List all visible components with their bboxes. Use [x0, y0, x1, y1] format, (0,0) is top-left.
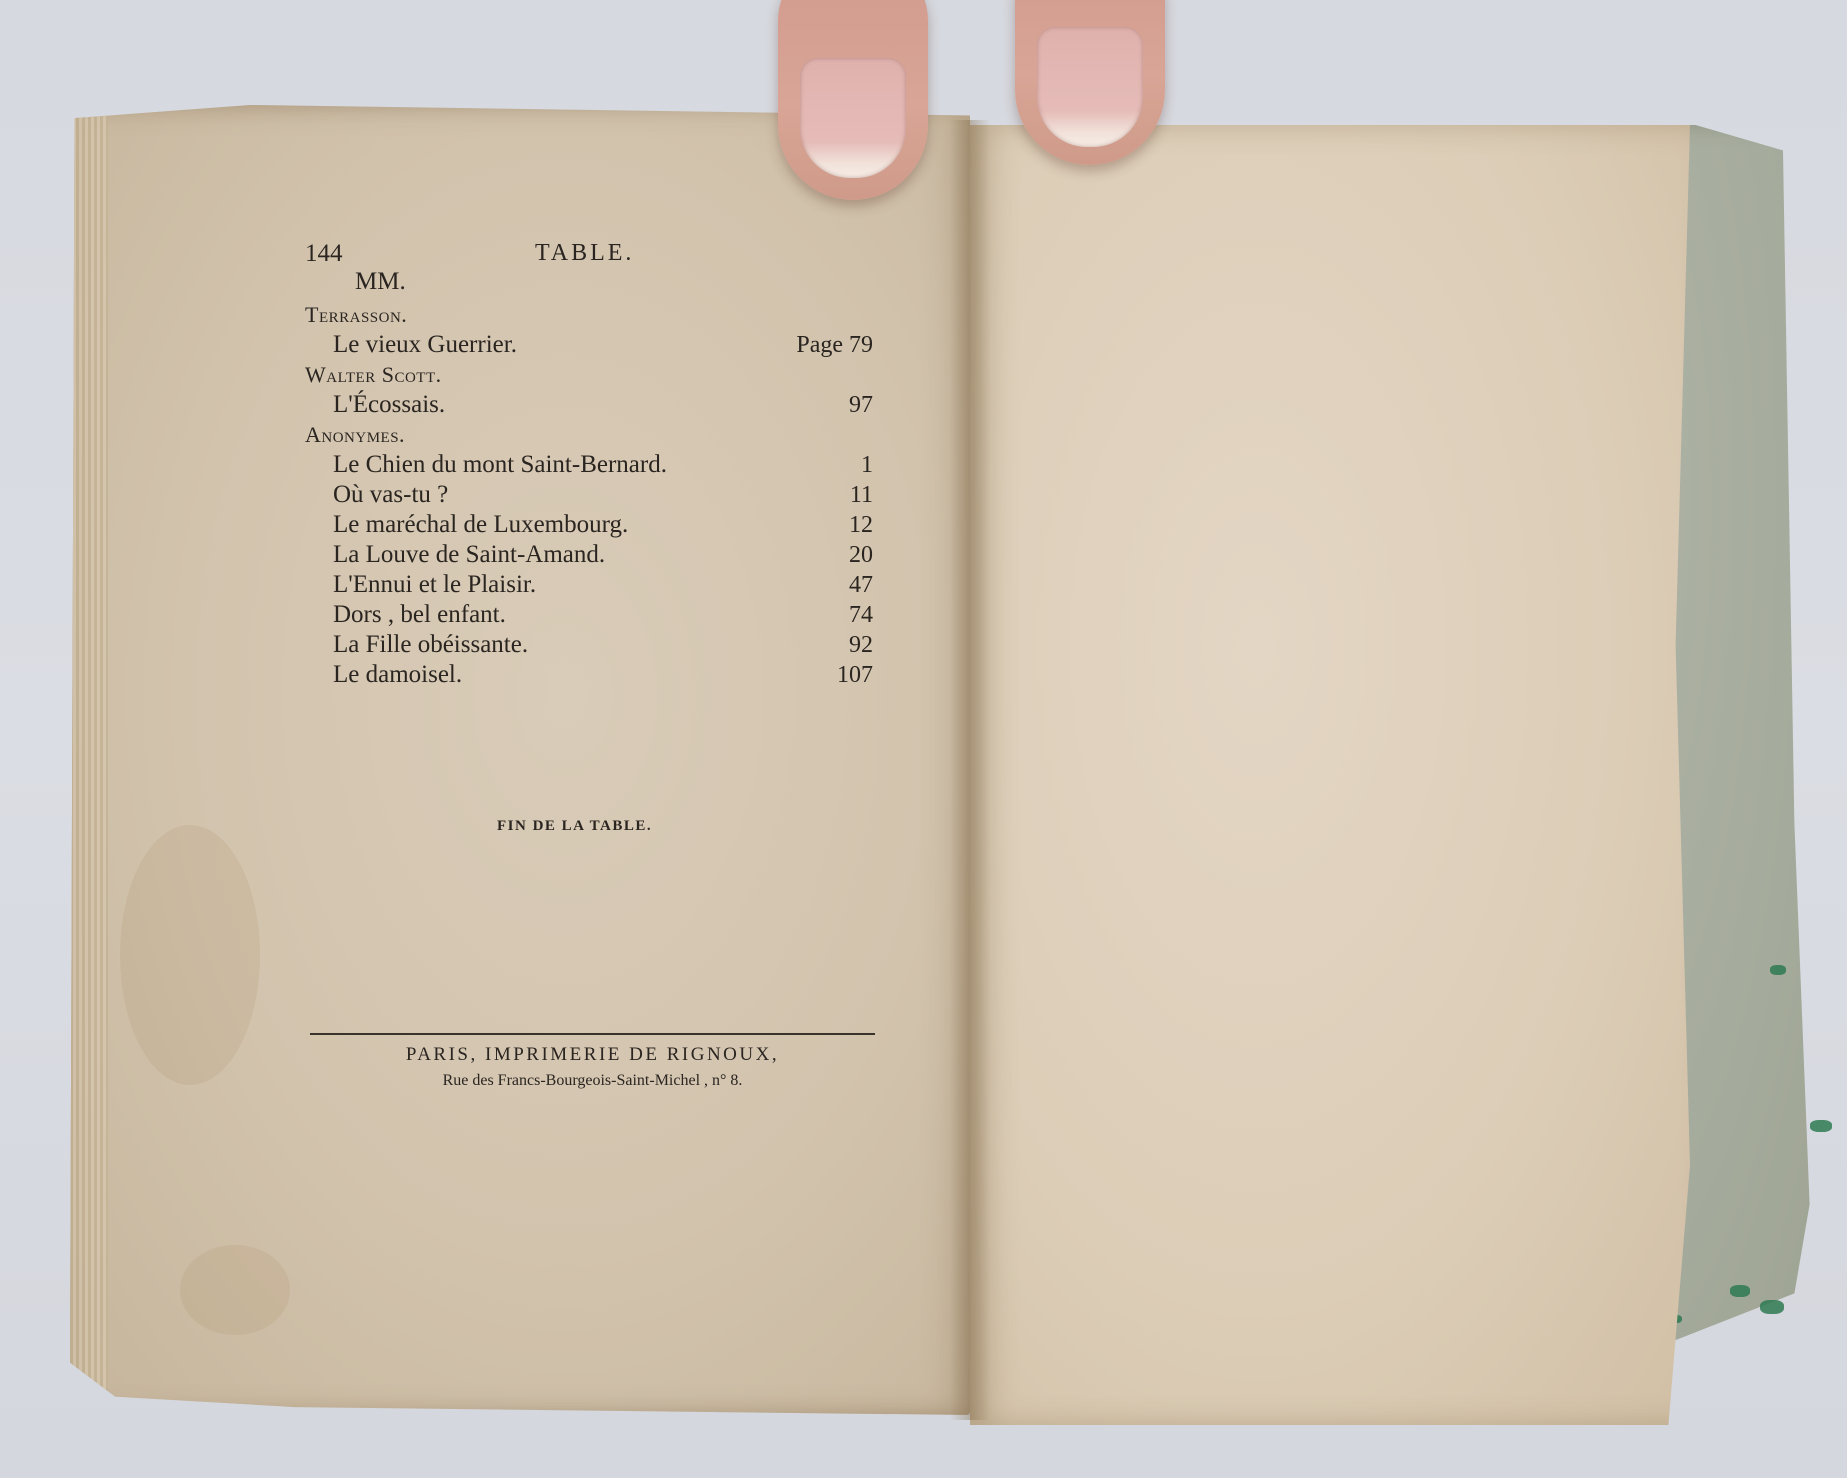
entry-page: 11 [850, 480, 873, 510]
toc-entry: L'Ennui et le Plaisir. 47 [305, 570, 873, 600]
imprint-line-2: Rue des Francs-Bourgeois-Saint-Michel , … [305, 1070, 880, 1092]
entry-page: 1 [861, 450, 873, 480]
author-prefix: MM. [355, 268, 406, 296]
page-number: 144 [305, 240, 343, 268]
author-heading: Walter Scott. [305, 360, 873, 390]
water-stain [180, 1245, 290, 1335]
entry-title: Le vieux Guerrier. [333, 330, 517, 360]
water-stain [120, 825, 260, 1085]
toc-entry: Dors , bel enfant. 74 [305, 600, 873, 630]
book-gutter [950, 120, 990, 1420]
entry-page: 107 [837, 660, 873, 690]
toc-entry: Le Chien du mont Saint-Bernard. 1 [305, 450, 873, 480]
green-fleck [1730, 1285, 1750, 1297]
toc-entry: Où vas-tu ? 11 [305, 480, 873, 510]
entry-title: Le Chien du mont Saint-Bernard. [333, 450, 667, 480]
entry-title: Le maréchal de Luxembourg. [333, 510, 628, 540]
author-heading: Anonymes. [305, 420, 873, 450]
entry-title: Le damoisel. [333, 660, 462, 690]
toc-entry: Le maréchal de Luxembourg. 12 [305, 510, 873, 540]
fingernail [800, 58, 906, 178]
entry-title: Dors , bel enfant. [333, 600, 506, 630]
entry-page: 74 [849, 600, 873, 630]
entry-page: 47 [849, 570, 873, 600]
entry-title: La Louve de Saint-Amand. [333, 540, 605, 570]
toc-entry: L'Écossais. 97 [305, 390, 873, 420]
table-of-contents: Terrasson. Le vieux Guerrier. Page 79 Wa… [305, 300, 873, 690]
finger-left [778, 0, 928, 200]
entry-page: 97 [849, 390, 873, 420]
entry-title: Où vas-tu ? [333, 480, 448, 510]
green-fleck [1760, 1300, 1784, 1314]
horizontal-rule [310, 1033, 875, 1035]
entry-page: 12 [849, 510, 873, 540]
toc-entry: Le vieux Guerrier. Page 79 [305, 330, 873, 360]
right-page-blank [970, 125, 1690, 1425]
entry-page: Page 79 [796, 330, 873, 360]
running-head: TABLE. [535, 240, 634, 267]
page-edges [70, 115, 108, 1405]
author-heading: Terrasson. [305, 300, 873, 330]
entry-page: 20 [849, 540, 873, 570]
entry-page: 92 [849, 630, 873, 660]
entry-title: L'Ennui et le Plaisir. [333, 570, 536, 600]
toc-entry: La Fille obéissante. 92 [305, 630, 873, 660]
entry-title: L'Écossais. [333, 390, 445, 420]
green-fleck [1810, 1120, 1832, 1132]
entry-title: La Fille obéissante. [333, 630, 528, 660]
toc-entry: La Louve de Saint-Amand. 20 [305, 540, 873, 570]
fingernail [1037, 27, 1143, 147]
end-of-table-note: FIN DE LA TABLE. [497, 818, 652, 835]
toc-entry: Le damoisel. 107 [305, 660, 873, 690]
imprint-line-1: PARIS, IMPRIMERIE DE RIGNOUX, [305, 1040, 880, 1070]
green-fleck [1770, 965, 1786, 975]
printer-imprint: PARIS, IMPRIMERIE DE RIGNOUX, Rue des Fr… [305, 1040, 880, 1092]
finger-right [1015, 0, 1165, 165]
